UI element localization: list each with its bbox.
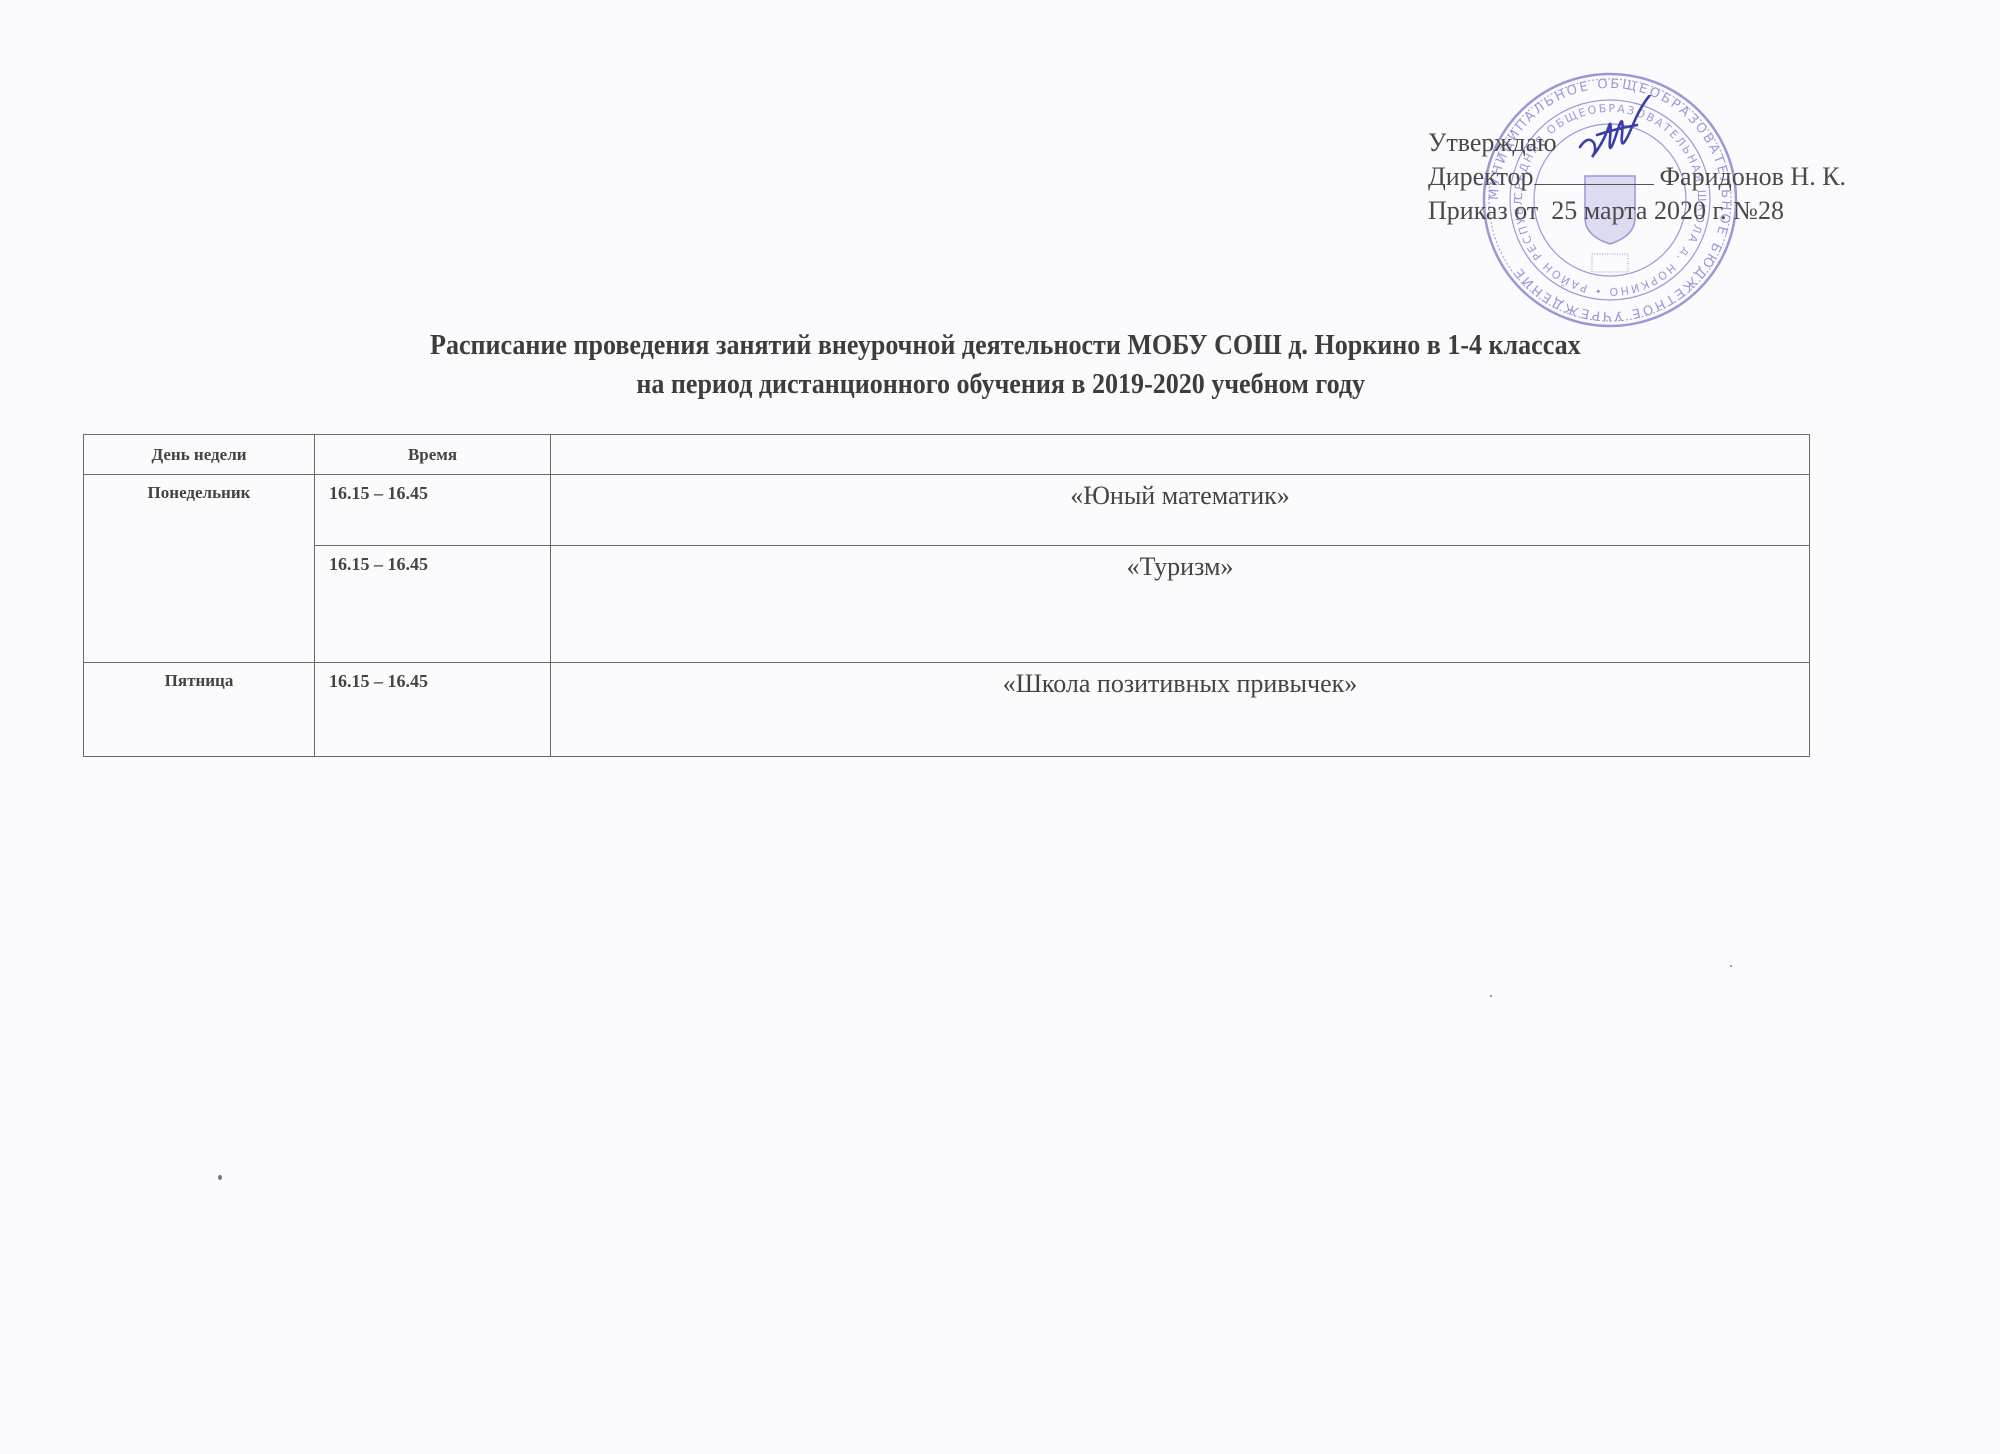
title-line-2: на период дистанционного обучения в 2019… [71,365,1931,404]
header-day: День недели [84,435,315,475]
table-header-row: День недели Время [84,435,1810,475]
table-row: Понедельник 16.15 – 16.45 «Юный математи… [84,475,1810,546]
document-title: Расписание проведения занятий внеурочной… [71,326,1931,404]
table-row: Пятница 16.15 – 16.45 «Школа позитивных … [84,663,1810,757]
activity-cell: «Туризм» [551,546,1810,663]
activity-cell: «Школа позитивных привычек» [551,663,1810,757]
scan-speck [218,1175,222,1180]
day-cell: Пятница [84,663,315,757]
header-activity [551,435,1810,475]
day-cell: Понедельник [84,475,315,663]
time-cell: 16.15 – 16.45 [315,475,551,546]
table-row: 16.15 – 16.45 «Туризм» [84,546,1810,663]
order-reference: Приказ от 25 марта 2020 г. №28 [1428,194,1846,228]
activity-cell: «Юный математик» [551,475,1810,546]
scan-speck [1490,995,1492,997]
time-cell: 16.15 – 16.45 [315,663,551,757]
document-page: МУНИЦИПАЛЬНОЕ ОБЩЕОБРАЗОВАТЕЛЬНОЕ БЮДЖЕТ… [0,0,2000,1454]
scan-speck [1730,965,1732,967]
schedule-table: День недели Время Понедельник 16.15 – 16… [83,434,1810,757]
time-cell: 16.15 – 16.45 [315,546,551,663]
director-label: Директор [1428,162,1534,191]
signature-icon [1575,95,1665,190]
header-time: Время [315,435,551,475]
director-name: Фаридонов Н. К. [1660,162,1847,191]
